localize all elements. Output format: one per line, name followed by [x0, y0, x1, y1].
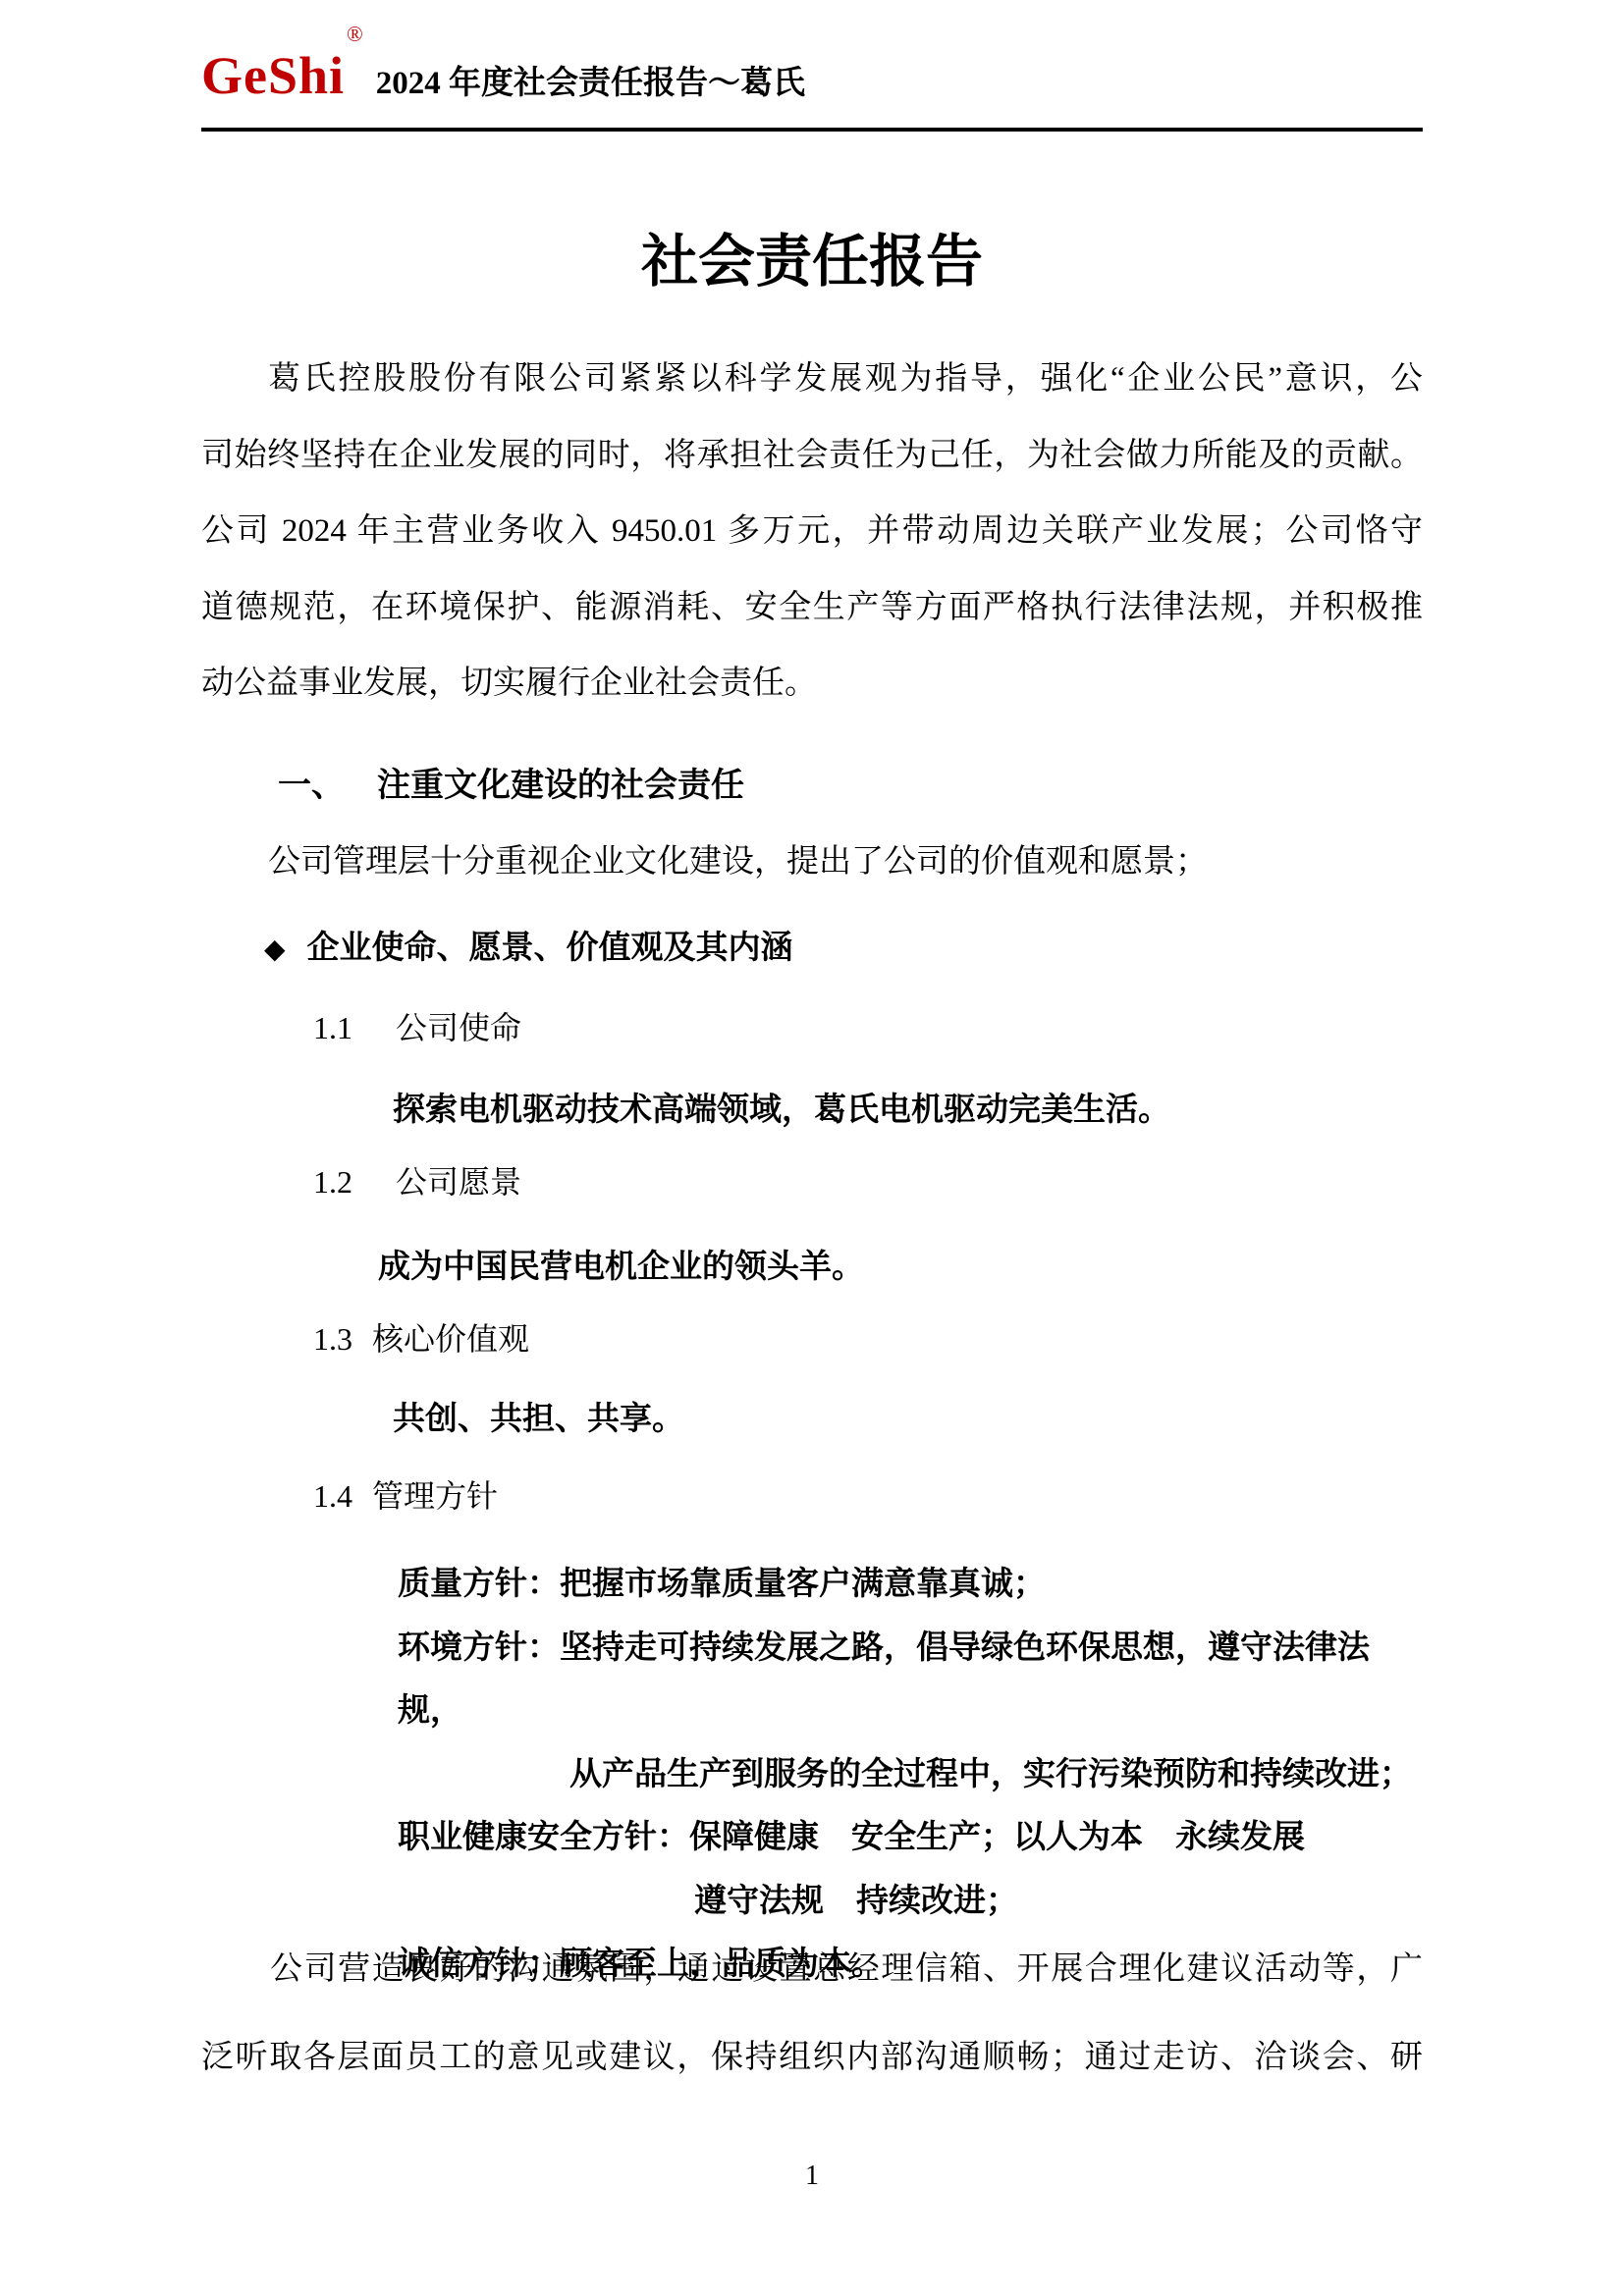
intro-line: 司始终坚持在企业发展的同时，将承担社会责任为己任，为社会做力所能及的贡献。 — [201, 418, 1423, 495]
intro-line: 动公益事业发展，切实履行企业社会责任。 — [201, 646, 1423, 722]
policy-line-quality: 质量方针：把握市场靠质量客户满意靠真诚； — [398, 1552, 1423, 1616]
company-logo: GeShi® — [201, 49, 362, 102]
item-number: 1.3 — [313, 1302, 372, 1378]
item-label: 核心价值观 — [372, 1321, 529, 1357]
intro-paragraph: 葛氏控股股份有限公司紧紧以科学发展观为指导，强化“企业公民”意识，公 司始终坚持… — [201, 342, 1423, 722]
header-divider — [201, 128, 1423, 132]
list-item-1-4: 1.4管理方针 — [201, 1459, 1423, 1535]
bullet-heading-text: 企业使命、愿景、价值观及其内涵 — [307, 929, 793, 965]
list-item-1-3: 1.3核心价值观 — [201, 1302, 1423, 1378]
values-statement: 共创、共担、共享。 — [393, 1380, 684, 1457]
item-number: 1.1 — [313, 990, 396, 1067]
item-label: 管理方针 — [372, 1478, 498, 1514]
policy-line-environment: 环境方针：坚持走可持续发展之路，倡导绿色环保思想，遵守法律法规， — [398, 1616, 1423, 1742]
list-item-1-2: 1.2公司愿景 — [201, 1145, 1423, 1221]
section-number: 一、 — [278, 767, 377, 804]
closing-paragraph-line: 公司营造良好的沟通氛围，通过设置总经理信箱、开展合理化建议活动等，广 — [201, 1932, 1423, 2008]
intro-line: 葛氏控股股份有限公司紧紧以科学发展观为指导，强化“企业公民”意识，公 — [201, 342, 1423, 418]
policy-block: 质量方针：把握市场靠质量客户满意靠真诚； 环境方针：坚持走可持续发展之路，倡导绿… — [201, 1552, 1423, 1996]
logo-text: GeShi — [201, 46, 345, 105]
mission-statement: 探索电机驱动技术高端领域，葛氏电机驱动完美生活。 — [393, 1071, 1170, 1148]
section-heading-text: 注重文化建设的社会责任 — [377, 767, 744, 804]
page-title: 社会责任报告 — [0, 228, 1624, 296]
section-heading: 一、注重文化建设的社会责任 — [201, 748, 1423, 825]
vision-statement: 成为中国民营电机企业的领头羊。 — [378, 1228, 864, 1305]
header-doc-title: 2024 年度社会责任报告～葛氏 — [376, 68, 805, 102]
list-item-1-1: 1.1公司使命 — [201, 990, 1423, 1067]
section-lead-paragraph: 公司管理层十分重视企业文化建设，提出了公司的价值观和愿景； — [201, 825, 1423, 901]
item-number: 1.2 — [313, 1145, 396, 1221]
intro-line: 道德规范，在环境保护、能源消耗、安全生产等方面严格执行法律法规，并积极推 — [201, 570, 1423, 647]
item-label: 公司愿景 — [396, 1164, 521, 1200]
item-label: 公司使命 — [396, 1010, 521, 1045]
policy-line-environment-cont: 从产品生产到服务的全过程中，实行污染预防和持续改进； — [398, 1742, 1423, 1806]
closing-paragraph-line: 泛听取各层面员工的意见或建议，保持组织内部沟通顺畅；通过走访、洽谈会、研 — [201, 2020, 1423, 2097]
diamond-bullet-icon: ◆ — [264, 933, 286, 965]
document-page: GeShi® 2024 年度社会责任报告～葛氏 社会责任报告 葛氏控股股份有限公… — [0, 0, 1624, 2296]
policy-line-health-safety: 职业健康安全方针：保障健康 安全生产；以人为本 永续发展 — [398, 1805, 1423, 1869]
registered-trademark-icon: ® — [347, 24, 364, 45]
page-header: GeShi® 2024 年度社会责任报告～葛氏 — [201, 49, 1423, 102]
bullet-heading: ◆企业使命、愿景、价值观及其内涵 — [201, 909, 1423, 988]
intro-line: 公司 2024 年主营业务收入 9450.01 多万元，并带动周边关联产业发展；… — [201, 494, 1423, 570]
page-number: 1 — [0, 2160, 1624, 2193]
policy-line-health-safety-cont: 遵守法规 持续改进； — [398, 1869, 1423, 1933]
item-number: 1.4 — [313, 1459, 372, 1535]
